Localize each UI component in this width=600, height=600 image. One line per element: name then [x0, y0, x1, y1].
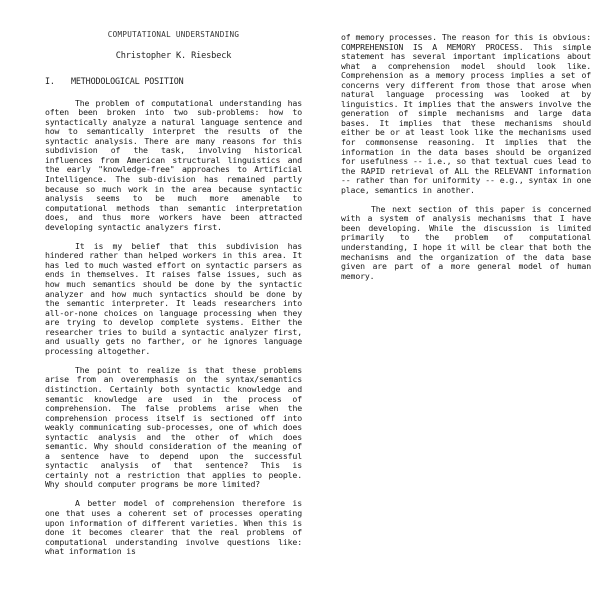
section-title: METHODOLOGICAL POSITION — [71, 76, 184, 86]
section-heading: I.METHODOLOGICAL POSITION — [45, 77, 302, 87]
paragraph: The next section of this paper is concer… — [341, 205, 591, 281]
page-clip: COMPUTATIONAL UNDERSTANDING Christopher … — [0, 0, 600, 600]
right-column: of memory processes. The reason for this… — [341, 33, 591, 291]
paper-author: Christopher K. Riesbeck — [45, 52, 302, 62]
section-number: I. — [45, 77, 71, 87]
paper-title: COMPUTATIONAL UNDERSTANDING — [45, 30, 302, 40]
left-column: COMPUTATIONAL UNDERSTANDING Christopher … — [45, 30, 302, 566]
paper-page: COMPUTATIONAL UNDERSTANDING Christopher … — [0, 0, 600, 600]
paragraph-continued: of memory processes. The reason for this… — [341, 33, 591, 195]
paragraph: A better model of comprehension therefor… — [45, 499, 302, 556]
paragraph: It is my belief that this subdivision ha… — [45, 242, 302, 357]
paragraph: The point to realize is that these probl… — [45, 366, 302, 490]
paragraph: The problem of computational understandi… — [45, 99, 302, 233]
